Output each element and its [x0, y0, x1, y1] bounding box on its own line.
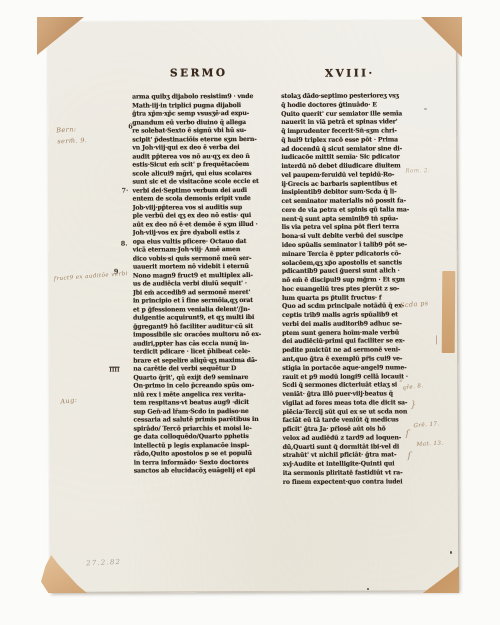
- margin-stroke-icon: ſ: [408, 451, 412, 461]
- handwritten-note-bern-line1: Bern:: [56, 125, 77, 134]
- text-line: stigia in portacōe aque·angel9 nume-: [282, 364, 427, 373]
- text-line: ideo spūalis seminator ī talib9 pōt se-: [282, 241, 427, 250]
- ink-speck: [450, 551, 452, 554]
- repair-strip: [442, 271, 456, 353]
- handwritten-note-aug: Aug:: [60, 396, 78, 406]
- printed-leaf: SERMO XVIII· arma quibʒ dijabolo resisti…: [48, 20, 459, 593]
- text-column-right: stolaʒ dādo·septimo pesterioreʒ vsʒq̄ ho…: [281, 92, 428, 487]
- text-line: dulgentie acquirunt9, et qʒ multi ibi: [133, 314, 274, 323]
- margin-number-iiii: IIII: [109, 368, 119, 374]
- running-title-sermo: SERMO: [170, 67, 228, 79]
- running-title-sermon-number: XVIII·: [325, 67, 375, 79]
- text-line: cessaria ad salutē primis parētibus in: [133, 416, 274, 425]
- margin-number-7: 7·: [121, 187, 128, 195]
- handwritten-note-bern-line2: serm̄. 9.: [57, 136, 87, 145]
- text-line: scipit' p̄destinaciōis eterne sʒm bern-: [132, 135, 273, 144]
- text-line: vigilat ad fores meas tota die dicit sa-: [282, 399, 427, 408]
- margin-bracket-icon: |: [435, 335, 438, 345]
- text-line: sunt sic et de visitacōne scole eccie et: [132, 178, 273, 187]
- margin-number-6: 6: [128, 123, 133, 131]
- handwritten-note-greg: Grē. 17.: [413, 421, 439, 429]
- ink-speck: [424, 108, 427, 110]
- handwritten-note-mat13: Mat. 13.: [416, 440, 443, 448]
- handwritten-note-fructus: fruct9 ex auditōe verbi: [54, 271, 128, 282]
- margin-number-8: 8.: [121, 240, 128, 248]
- text-line: aūt ex deo nō ē·et demōe ē sʒm illud ·: [133, 220, 274, 229]
- text-line: Ōn·primo in celo p̄creando spūs om-: [133, 382, 274, 391]
- pencil-shelfmark: 27.2.82: [86, 558, 121, 567]
- text-line: arma quibʒ dijabolo resistim9 · vnde: [132, 93, 273, 102]
- handwritten-note-2: 2: [399, 377, 403, 383]
- margin-bracket-icon: }: [410, 400, 416, 410]
- text-line: sanctos ab elucidacōʒ euāgelij et epi: [134, 467, 275, 476]
- text-line: impossibile sic oracōes multoru nō ex-: [133, 331, 274, 340]
- text-line: in principio et ī fine sermōia,qʒ orat: [133, 297, 274, 306]
- text-column-left: arma quibʒ dijabolo resistim9 · vndeMath…: [132, 93, 275, 476]
- handwritten-note-rom2: Rom. 2.: [405, 168, 430, 174]
- text-line: brare et sepelire aliqū·qʒ maxima dā-: [133, 356, 274, 365]
- text-line: Nono magn9 fruct9 et multiplex ali-: [133, 271, 274, 280]
- text-line: piēcia·Tercij sūt qui ex se ut scda non: [282, 408, 427, 417]
- photograph-of-incunabulum-leaf: SERMO XVIII· arma quibʒ dijabolo resisti…: [0, 0, 500, 625]
- text-line: cere de via petra et spinis qū talia ma-: [282, 206, 427, 215]
- margin-stroke-icon: ſ: [406, 429, 410, 439]
- text-line: rauit et p9 modū longi9 cellā locauit ·: [282, 373, 427, 382]
- ink-speck: [367, 588, 369, 590]
- text-line: ro finem expectent·quo contra iudei: [283, 478, 428, 487]
